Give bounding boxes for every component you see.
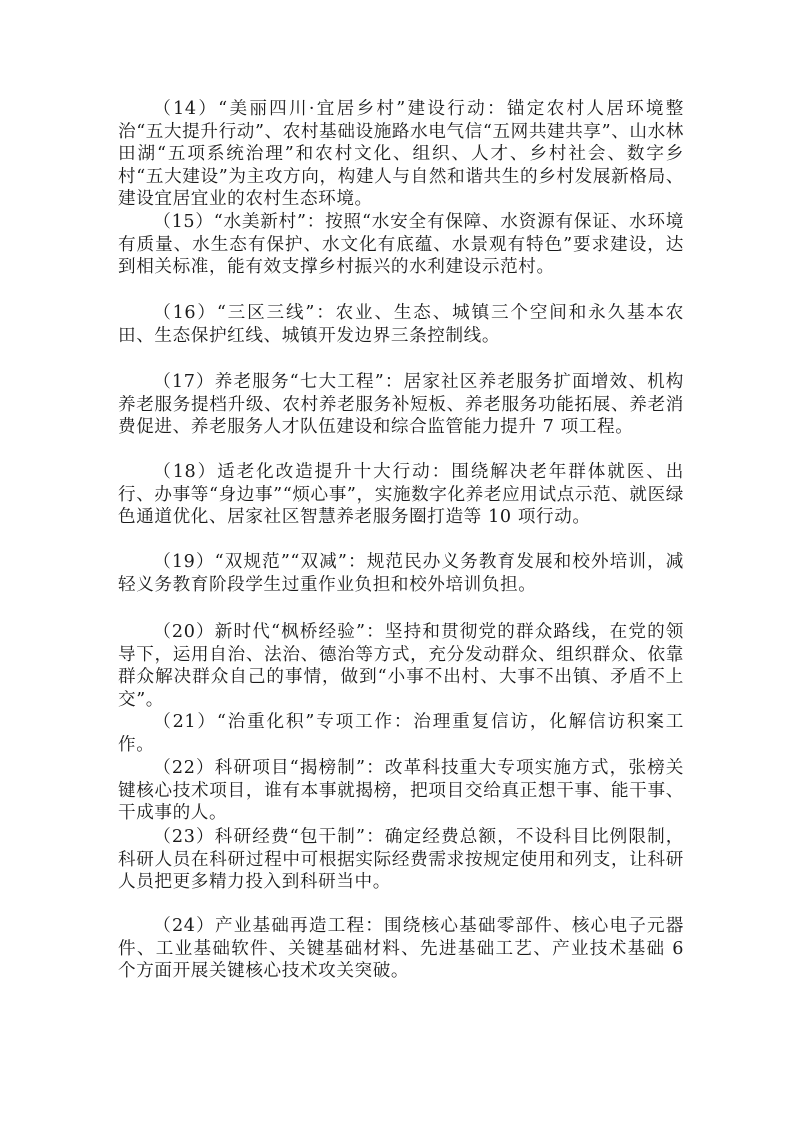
paragraph-21: （21）“治重化积”专项工作：治理重复信访，化解信访积案工作。 — [118, 711, 684, 756]
paragraph-24: （24）产业基础再造工程：围绕核心基础零部件、核心电子元器件、工业基础软件、关键… — [118, 915, 684, 983]
paragraph-16: （16）“三区三线”：农业、生态、城镇三个空间和永久基本农田、生态保护红线、城镇… — [118, 302, 684, 347]
paragraph-18: （18）适老化改造提升十大行动：围绕解决老年群体就医、出行、办事等“身边事”“烦… — [118, 461, 684, 529]
paragraph-17: （17）养老服务“七大工程”：居家社区养老服务扩面增效、机构养老服务提档升级、农… — [118, 371, 684, 439]
paragraph-22: （22）科研项目“揭榜制”：改革科技重大专项实施方式，张榜关键核心技术项目，谁有… — [118, 757, 684, 825]
paragraph-23: （23）科研经费“包干制”：确定经费总额，不设科目比例限制，科研人员在科研过程中… — [118, 826, 684, 894]
paragraph-15: （15）“水美新村”：按照“水安全有保障、水资源有保证、水环境有质量、水生态有保… — [118, 211, 684, 279]
paragraph-19: （19）“双规范”“双减”：规范民办义务教育发展和校外培训，减轻义务教育阶段学生… — [118, 551, 684, 596]
paragraph-20: （20）新时代“枫桥经验”：坚持和贯彻党的群众路线，在党的领导下，运用自治、法治… — [118, 621, 684, 711]
paragraph-14: （14）“美丽四川·宜居乡村”建设行动：锚定农村人居环境整治“五大提升行动”、农… — [118, 98, 684, 211]
